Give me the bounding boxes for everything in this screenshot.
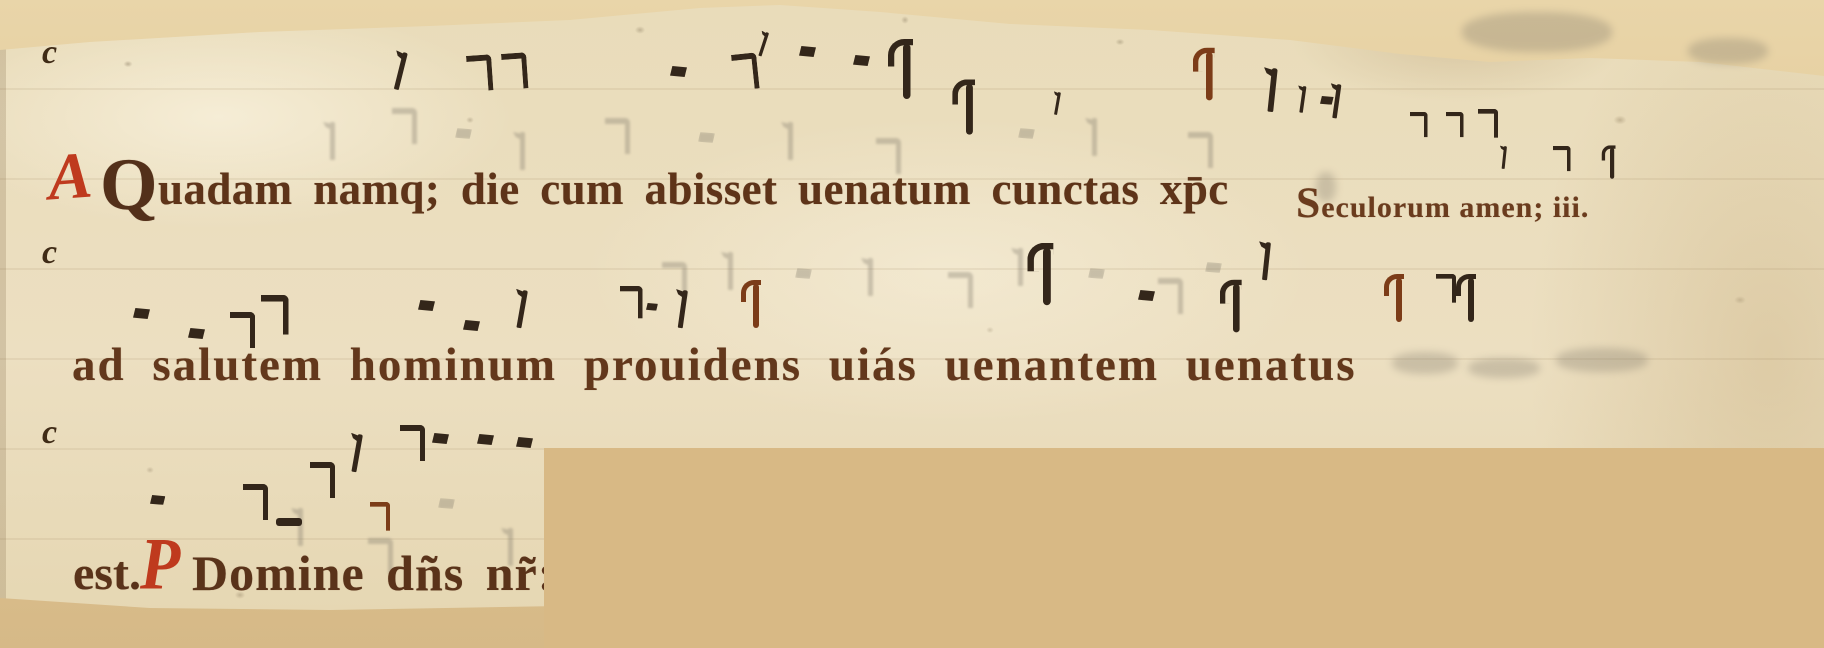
neume-p [516,437,533,448]
neume-s [1610,148,1614,179]
neume-c [731,52,760,90]
neume-p [646,303,658,311]
neume-s [966,84,973,135]
neume-v [1092,118,1097,156]
neume-c [1410,112,1428,137]
neume-s [1396,278,1402,322]
neume-p [438,498,455,509]
line3-lead: est. [73,550,141,598]
neume-s [1043,248,1051,305]
line1-seculorum-note: Seculorum amen; iii. [1296,182,1589,226]
neume-v [788,122,793,160]
neume-p [698,132,715,143]
neume-c [948,272,973,308]
neume-s [1233,284,1240,332]
neume-b [1556,348,1648,372]
neume-p [795,268,812,279]
neume-p [188,328,205,339]
line1-text: uadam namq; die cum abisset uenatum cunc… [158,167,1229,212]
neume-c [620,286,643,318]
neume-p [1138,290,1155,301]
neume-c [1446,112,1464,137]
neume-b [1688,38,1768,64]
neume-b [1468,358,1540,378]
neume-s [903,44,911,99]
neume-c [370,502,390,531]
neume-p [477,434,494,445]
neume-c [392,108,417,144]
neume-s [1468,278,1474,322]
neume-p [799,46,816,57]
neume-p [418,300,435,311]
line1-initial-q: Q [100,148,158,222]
neume-p [150,495,165,505]
neume-s [1206,52,1213,100]
rubric-psalm-mark: P [140,528,180,602]
neume-p [463,320,480,331]
neume-s [753,284,759,328]
neume-v [868,258,873,296]
manuscript-photo: c c c A Q uadam namq; die cum abisset ue… [0,0,1824,648]
neume-b [1462,12,1612,52]
neume-v [1018,248,1023,286]
neume-p [1205,262,1222,273]
neume-p [853,55,870,66]
neume-p [432,433,449,444]
neume-p [1018,128,1035,139]
neume-c [1436,274,1456,303]
neume-v [330,122,335,160]
neume-c [605,118,630,154]
neume-c [243,484,268,520]
margin-letter-c-3: c [42,416,57,450]
neume-v [298,508,303,546]
rubric-initial-antiphon: A [46,143,95,212]
neume-c [1158,278,1183,314]
neume-p [670,66,687,77]
neume-b [1392,352,1458,374]
neume-c [400,425,425,461]
neume-c [310,462,335,498]
neume-c [261,295,289,335]
line2-text: ad salutem hominum prouidens uiás uenant… [72,342,1357,389]
neume-c [1553,146,1571,171]
neume-c [1478,109,1498,138]
neume-c [501,52,528,90]
neume-p [1320,96,1334,105]
neume-c [1188,132,1213,168]
line3-text: Domine dñs nr̃: [192,548,555,598]
margin-letter-c-1: c [42,36,57,70]
cover-block [544,448,1824,648]
margin-letter-c-2: c [42,236,57,270]
neume-p [133,308,150,319]
neume-d [276,518,302,526]
neume-c [466,54,493,92]
neume-p [1088,268,1105,279]
neume-p [455,128,472,139]
neume-v [728,252,733,290]
